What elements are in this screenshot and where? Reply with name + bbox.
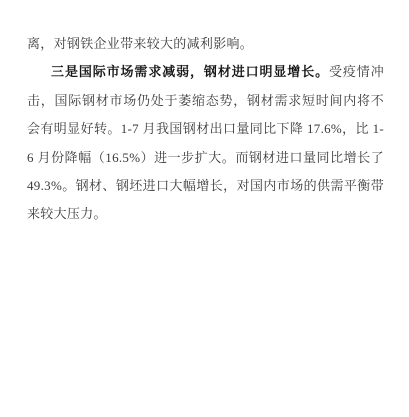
paragraph-continuation: 离，对钢铁企业带来较大的减利影响。 [27,30,384,58]
text-block: 离，对钢铁企业带来较大的减利影响。 三是国际市场需求减弱，钢材进口明显增长。受疫… [27,30,384,229]
paragraph-body-text: 受疫情冲击，国际钢材市场仍处于萎缩态势，钢材需求短时间内将不会有明显好转。1-7… [27,64,384,221]
bold-lead-sentence: 三是国际市场需求减弱，钢材进口明显增长。 [51,64,329,79]
paragraph-section-three: 三是国际市场需求减弱，钢材进口明显增长。受疫情冲击，国际钢材市场仍处于萎缩态势，… [27,58,384,228]
paragraph-continuation-text: 离，对钢铁企业带来较大的减利影响。 [27,36,253,51]
document-page: 离，对钢铁企业带来较大的减利影响。 三是国际市场需求减弱，钢材进口明显增长。受疫… [0,0,409,417]
